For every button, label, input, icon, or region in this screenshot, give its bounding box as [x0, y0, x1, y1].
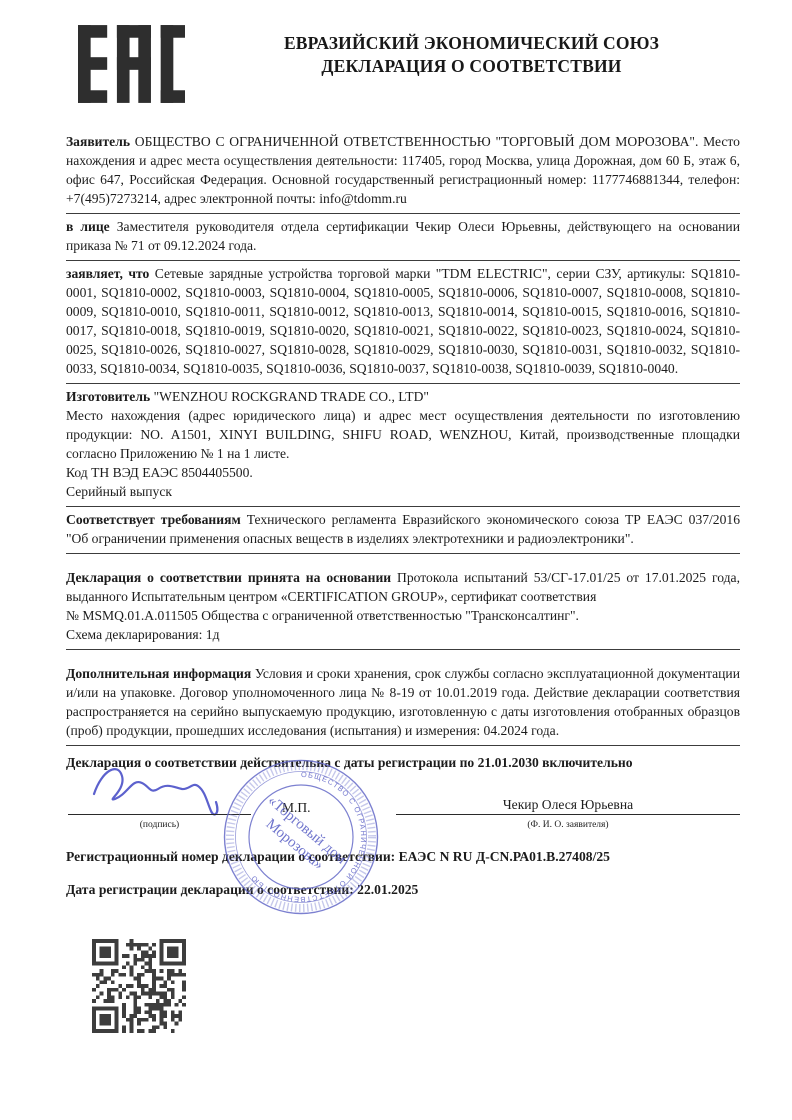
registration-number-value: ЕАЭС N RU Д-CN.РА01.В.27408/25 [399, 849, 610, 864]
section-applicant: Заявитель ОБЩЕСТВО С ОГРАНИЧЕННОЙ ОТВЕТС… [66, 129, 740, 214]
applicant-text: ОБЩЕСТВО С ОГРАНИЧЕННОЙ ОТВЕТСТВЕННОСТЬЮ… [66, 134, 740, 206]
registration-date-value: 22.01.2025 [357, 882, 418, 897]
applicant-name-caption: (Ф. И. О. заявителя) [396, 816, 740, 835]
person-label: в лице [66, 219, 110, 234]
title-line-union: ЕВРАЗИЙСКИЙ ЭКОНОМИЧЕСКИЙ СОЮЗ [185, 32, 758, 55]
signature-line [68, 814, 251, 815]
signature-block: (подпись) М.П. Чекир Олеся Юрьевна (Ф. И… [66, 774, 740, 838]
applicant-label: Заявитель [66, 134, 130, 149]
section-basis: Декларация о соответствии принята на осн… [66, 565, 740, 650]
registration-date-label: Дата регистрации декларации о соответств… [66, 882, 354, 897]
registration-number-line: Регистрационный номер декларации о соотв… [66, 847, 740, 866]
manufacturer-label: Изготовитель [66, 389, 150, 404]
declares-label: заявляет, что [66, 266, 149, 281]
section-compliance: Соответствует требованиям Технического р… [66, 507, 740, 554]
declaration-document: ЕВРАЗИЙСКИЙ ЭКОНОМИЧЕСКИЙ СОЮЗ ДЕКЛАРАЦИ… [0, 0, 792, 1120]
section-manufacturer: Изготовитель "WENZHOU ROCKGRAND TRADE CO… [66, 384, 740, 507]
applicant-name-line [396, 814, 740, 815]
compliance-label: Соответствует требованиям [66, 512, 241, 527]
qr-code [92, 939, 186, 1033]
registration-date-line: Дата регистрации декларации о соответств… [66, 880, 740, 899]
handwritten-signature [88, 752, 238, 818]
declares-text: Сетевые зарядные устройства торговой мар… [66, 266, 740, 376]
document-body: Заявитель ОБЩЕСТВО С ОГРАНИЧЕННОЙ ОТВЕТС… [66, 129, 740, 1033]
additional-info-label: Дополнительная информация [66, 666, 251, 681]
title-line-declaration: ДЕКЛАРАЦИЯ О СООТВЕТСТВИИ [185, 55, 758, 78]
manufacturer-text: "WENZHOU ROCKGRAND TRADE CO., LTD" Место… [66, 389, 740, 499]
registration-number-label: Регистрационный номер декларации о соотв… [66, 849, 395, 864]
eac-logo-icon [78, 25, 185, 103]
section-additional-info: Дополнительная информация Условия и срок… [66, 661, 740, 746]
basis-label: Декларация о соответствии принята на осн… [66, 570, 391, 585]
document-title: ЕВРАЗИЙСКИЙ ЭКОНОМИЧЕСКИЙ СОЮЗ ДЕКЛАРАЦИ… [185, 25, 792, 78]
stamp-place-label: М.П. [282, 798, 311, 817]
applicant-name: Чекир Олеся Юрьевна [396, 795, 740, 814]
person-text: Заместителя руководителя отдела сертифик… [66, 219, 740, 253]
section-declares: заявляет, что Сетевые зарядные устройств… [66, 261, 740, 384]
section-person: в лице Заместителя руководителя отдела с… [66, 214, 740, 261]
document-header: ЕВРАЗИЙСКИЙ ЭКОНОМИЧЕСКИЙ СОЮЗ ДЕКЛАРАЦИ… [0, 0, 792, 103]
signature-caption: (подпись) [68, 816, 251, 835]
